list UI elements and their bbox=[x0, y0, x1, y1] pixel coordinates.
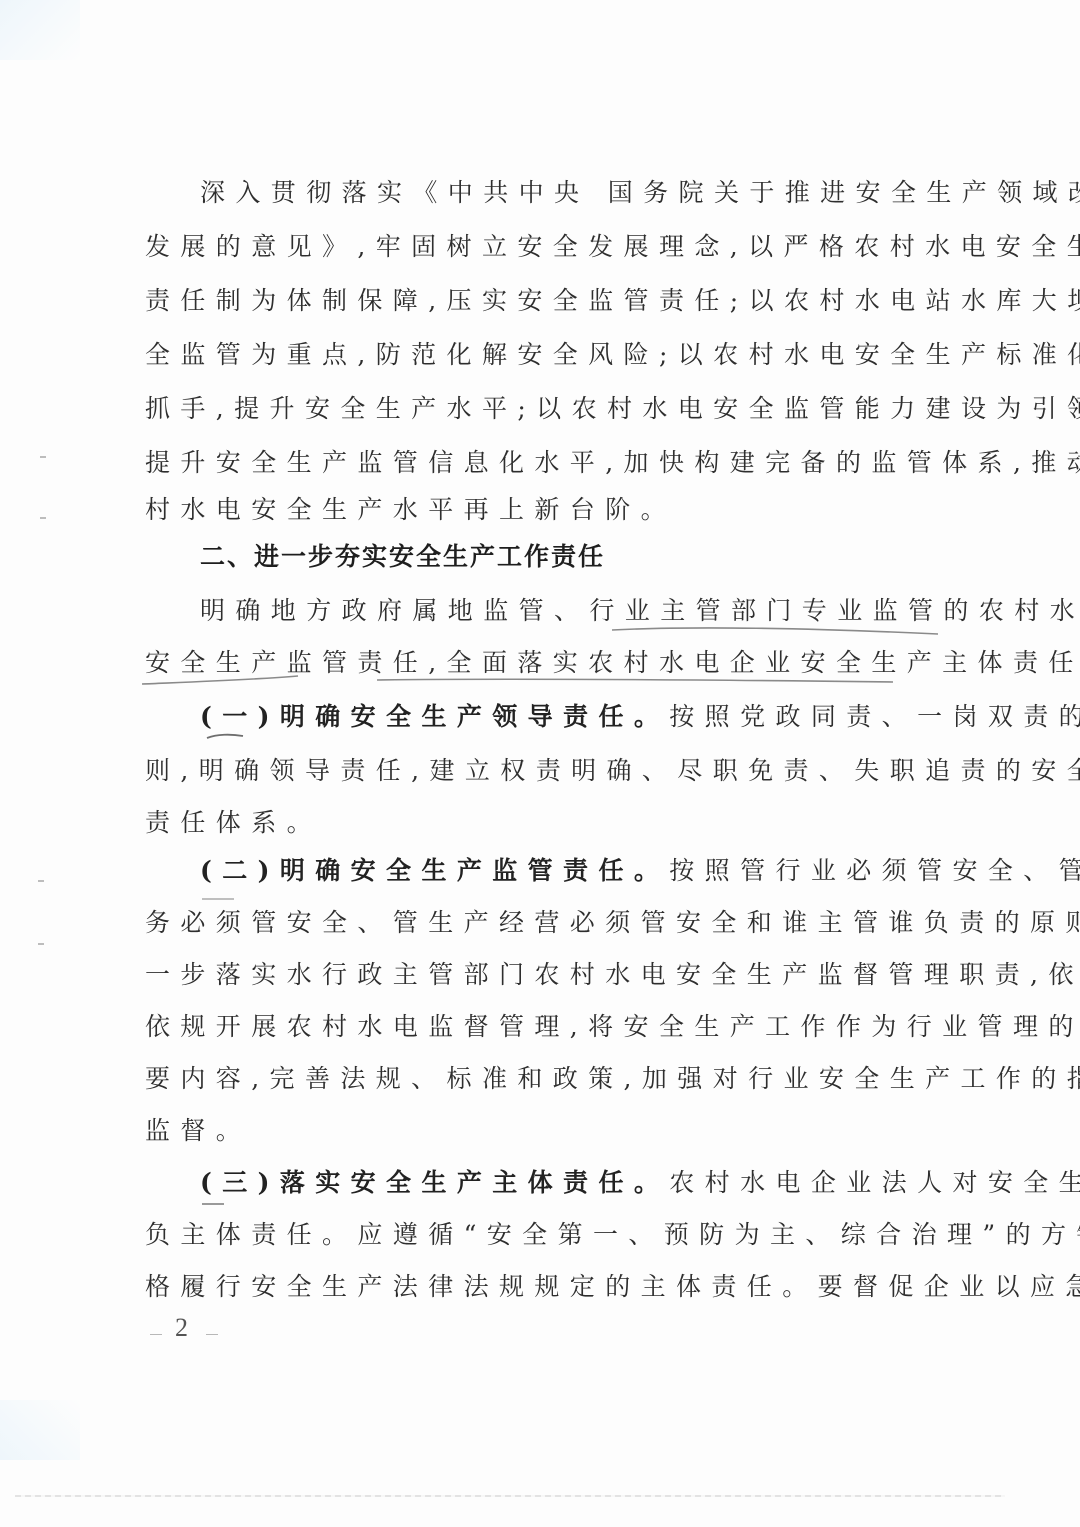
paragraph-line: 抓手,提升安全生产水平;以农村水电安全监管能力建设为引领, bbox=[145, 389, 915, 429]
paragraph-line: 责任制为体制保障,压实安全监管责任;以农村水电站水库大坝安 bbox=[145, 281, 915, 321]
item-text: 按照管行业必须管安全、管业 bbox=[669, 856, 1080, 885]
item-title: (二)明确安全生产监管责任。 bbox=[200, 856, 669, 885]
paragraph-line: 要内容,完善法规、标准和政策,加强对行业安全生产工作的指导 bbox=[145, 1059, 915, 1099]
paragraph-line: 提升安全生产监管信息化水平,加快构建完备的监管体系,推动农 bbox=[145, 443, 915, 483]
page-number-dash-right bbox=[206, 1334, 218, 1335]
page-number: 2 bbox=[175, 1313, 188, 1343]
item-1-first-line: (一)明确安全生产领导责任。按照党政同责、一岗双责的原 bbox=[200, 697, 915, 737]
item-text: 农村水电企业法人对安全生产 bbox=[669, 1168, 1080, 1197]
margin-speck bbox=[38, 880, 44, 882]
paragraph-line: 深入贯彻落实《中共中央 国务院关于推进安全生产领域改革 bbox=[200, 173, 915, 213]
pen-underline-mark bbox=[200, 895, 236, 903]
item-3-first-line: (三)落实安全生产主体责任。农村水电企业法人对安全生产 bbox=[200, 1163, 915, 1203]
paragraph-line: 明确地方政府属地监管、行业主管部门专业监管的农村水电 bbox=[200, 591, 915, 631]
item-title: (三)落实安全生产主体责任。 bbox=[200, 1168, 669, 1197]
paragraph-line: 安全生产监管责任,全面落实农村水电企业安全生产主体责任。 bbox=[145, 643, 915, 683]
scan-bottom-edge bbox=[15, 1495, 1005, 1497]
paragraph-line: 负主体责任。应遵循“安全第一、预防为主、综合治理”的方针,严 bbox=[145, 1215, 915, 1255]
item-title: (一)明确安全生产领导责任。 bbox=[200, 702, 669, 731]
paragraph-line: 村水电安全生产水平再上新台阶。 bbox=[145, 490, 915, 530]
margin-speck bbox=[40, 517, 46, 519]
item-text: 按照党政同责、一岗双责的原 bbox=[669, 702, 1080, 731]
scan-tint-top bbox=[0, 0, 80, 60]
paragraph-line: 发展的意见》,牢固树立安全发展理念,以严格农村水电安全生产 bbox=[145, 227, 915, 267]
paragraph-line: 责任体系。 bbox=[145, 803, 915, 843]
paragraph-line: 务必须管安全、管生产经营必须管安全和谁主管谁负责的原则,进 bbox=[145, 903, 915, 943]
section-heading: 二、进一步夯实安全生产工作责任 bbox=[200, 537, 915, 577]
paragraph-line: 一步落实水行政主管部门农村水电安全生产监督管理职责,依法 bbox=[145, 955, 915, 995]
item-2-first-line: (二)明确安全生产监管责任。按照管行业必须管安全、管业 bbox=[200, 851, 915, 891]
scan-tint-bottom bbox=[0, 1400, 80, 1460]
page-number-dash-left bbox=[150, 1334, 162, 1335]
paragraph-line: 依规开展农村水电监督管理,将安全生产工作作为行业管理的重 bbox=[145, 1007, 915, 1047]
margin-speck bbox=[40, 456, 46, 458]
paragraph-line: 监督。 bbox=[145, 1111, 915, 1151]
scanned-document-page: 深入贯彻落实《中共中央 国务院关于推进安全生产领域改革 发展的意见》,牢固树立安… bbox=[0, 0, 1080, 1527]
paragraph-line: 全监管为重点,防范化解安全风险;以农村水电安全生产标准化为 bbox=[145, 335, 915, 375]
paragraph-line: 格履行安全生产法律法规规定的主体责任。要督促企业以应急管 bbox=[145, 1267, 915, 1307]
paragraph-line: 则,明确领导责任,建立权责明确、尽职免责、失职追责的安全生产 bbox=[145, 751, 915, 791]
margin-speck bbox=[38, 943, 44, 945]
